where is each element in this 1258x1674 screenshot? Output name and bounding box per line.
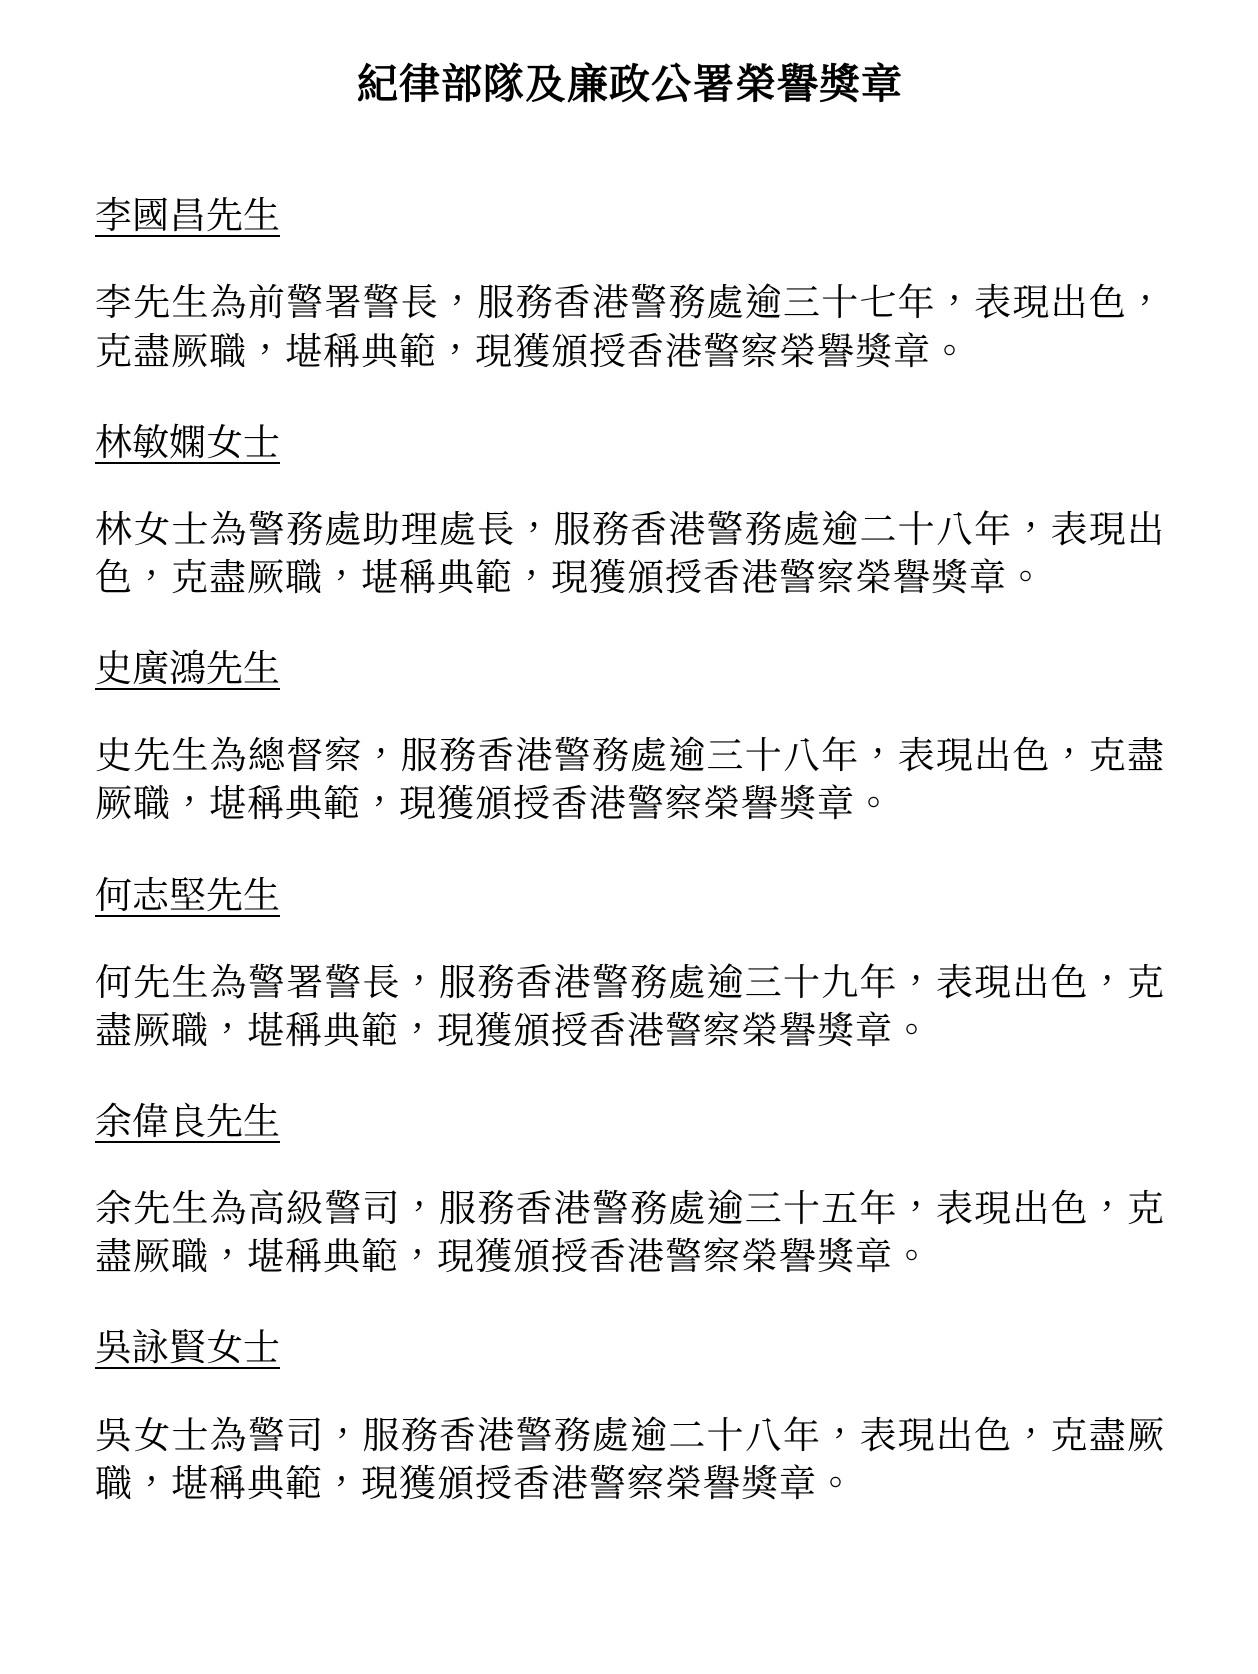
recipient-citation: 余先生為高級警司，服務香港警務處逾三十五年，表現出色，克盡厥職，堪稱典範，現獲頒… [95, 1185, 1165, 1281]
page-title: 紀律部隊及廉政公署榮譽獎章 [95, 60, 1165, 109]
recipient-section: 李國昌先生 李先生為前警署警長，服務香港警務處逾三十七年，表現出色，克盡厥職，堪… [95, 193, 1165, 375]
recipient-name-heading: 何志堅先生 [95, 873, 1165, 919]
recipient-citation: 林女士為警務處助理處長，服務香港警務處逾二十八年，表現出色，克盡厥職，堪稱典範，… [95, 506, 1165, 602]
recipient-section: 史廣鴻先生 史先生為總督察，服務香港警務處逾三十八年，表現出色，克盡厥職，堪稱典… [95, 646, 1165, 828]
recipient-name-heading: 吳詠賢女士 [95, 1325, 1165, 1371]
recipient-section: 余偉良先生 余先生為高級警司，服務香港警務處逾三十五年，表現出色，克盡厥職，堪稱… [95, 1099, 1165, 1281]
recipient-name-heading: 李國昌先生 [95, 193, 1165, 239]
recipient-citation: 吳女士為警司，服務香港警務處逾二十八年，表現出色，克盡厥職，堪稱典範，現獲頒授香… [95, 1412, 1165, 1508]
recipient-name-heading: 史廣鴻先生 [95, 646, 1165, 692]
recipient-citation: 史先生為總督察，服務香港警務處逾三十八年，表現出色，克盡厥職，堪稱典範，現獲頒授… [95, 732, 1165, 828]
document-page: 紀律部隊及廉政公署榮譽獎章 李國昌先生 李先生為前警署警長，服務香港警務處逾三十… [0, 0, 1258, 1674]
recipient-section: 林敏嫻女士 林女士為警務處助理處長，服務香港警務處逾二十八年，表現出色，克盡厥職… [95, 420, 1165, 602]
recipient-name-heading: 林敏嫻女士 [95, 420, 1165, 466]
recipient-section: 何志堅先生 何先生為警署警長，服務香港警務處逾三十九年，表現出色，克盡厥職，堪稱… [95, 873, 1165, 1055]
recipient-name-heading: 余偉良先生 [95, 1099, 1165, 1145]
recipient-citation: 何先生為警署警長，服務香港警務處逾三十九年，表現出色，克盡厥職，堪稱典範，現獲頒… [95, 959, 1165, 1055]
recipient-sections: 李國昌先生 李先生為前警署警長，服務香港警務處逾三十七年，表現出色，克盡厥職，堪… [95, 193, 1165, 1508]
recipient-section: 吳詠賢女士 吳女士為警司，服務香港警務處逾二十八年，表現出色，克盡厥職，堪稱典範… [95, 1325, 1165, 1507]
recipient-citation: 李先生為前警署警長，服務香港警務處逾三十七年，表現出色，克盡厥職，堪稱典範，現獲… [95, 279, 1165, 375]
